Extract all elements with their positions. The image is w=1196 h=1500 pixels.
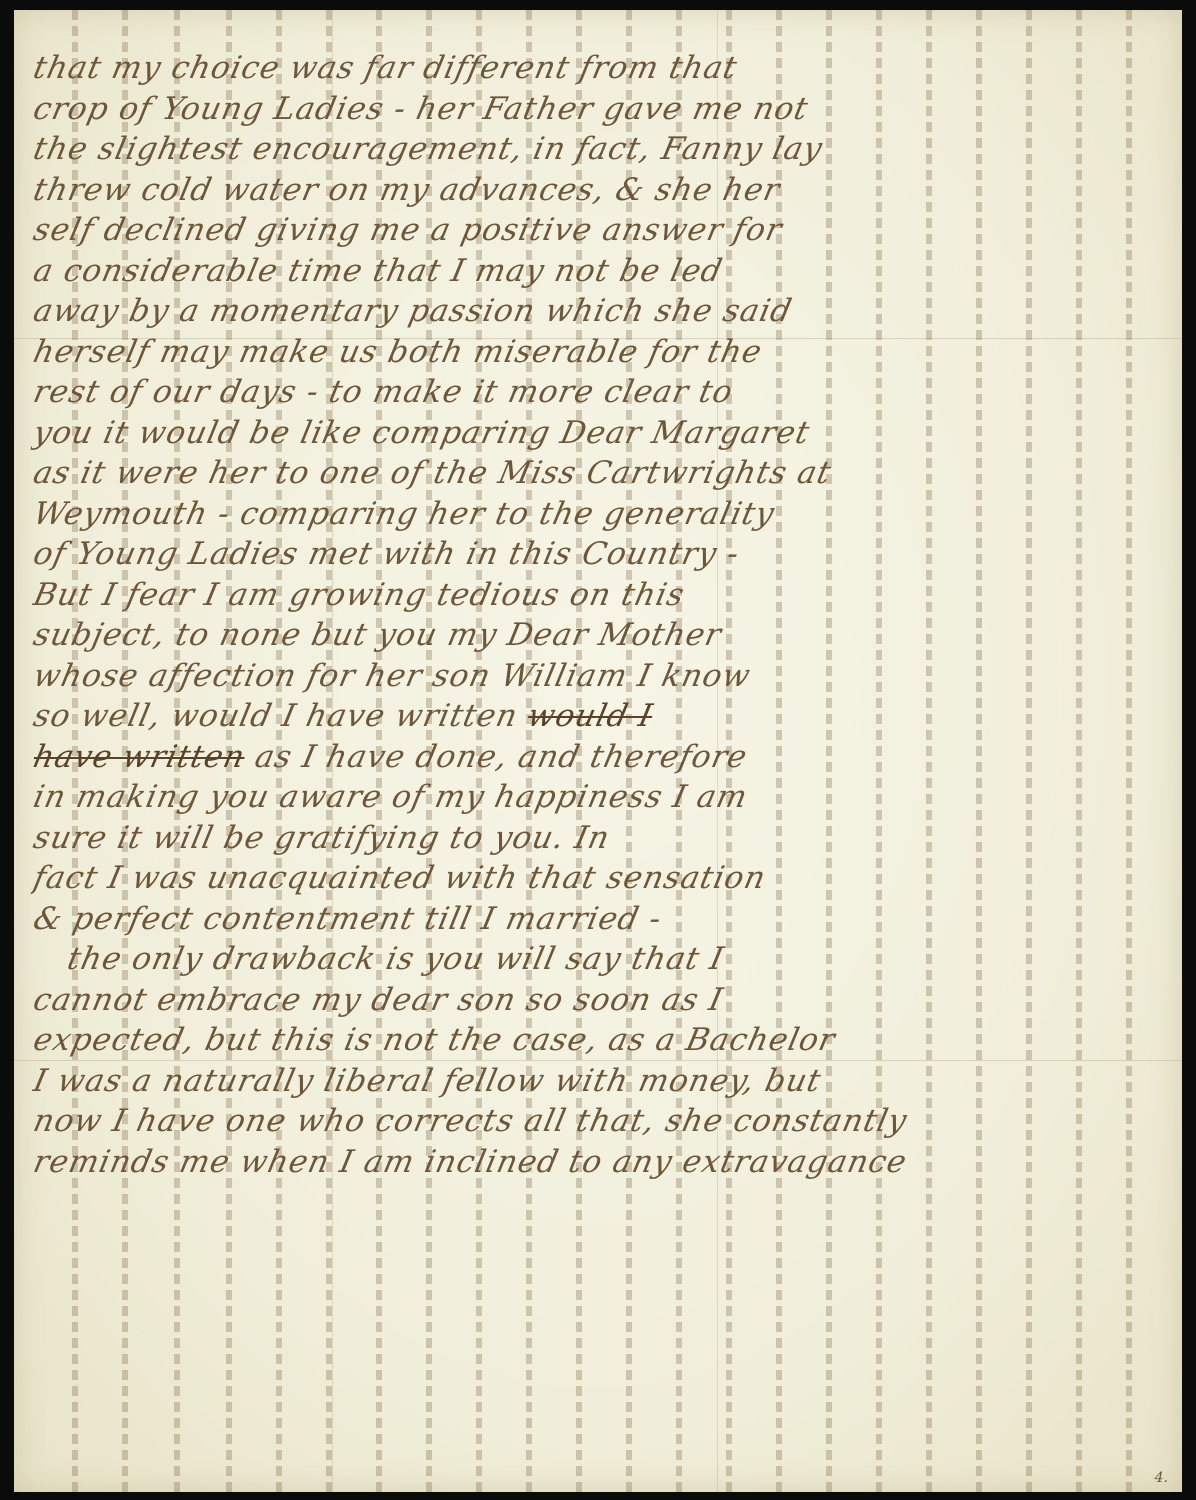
letter-line: But I fear I am growing tedious on this [30, 575, 1167, 616]
letter-line: you it would be like comparing Dear Marg… [30, 413, 1167, 454]
letter-line: I was a naturally liberal fellow with mo… [30, 1061, 1167, 1102]
letter-line: sure it will be gratifying to you. In [30, 818, 1167, 859]
letter-line: expected, but this is not the case, as a… [30, 1020, 1167, 1061]
letter-line: the only drawback is you will say that I [30, 939, 1167, 980]
letter-text: so well, would I have written [30, 698, 521, 734]
letter-line: crop of Young Ladies - her Father gave m… [30, 89, 1167, 130]
letter-line: reminds me when I am inclined to any ext… [30, 1142, 1167, 1183]
letter-line: away by a momentary passion which she sa… [30, 291, 1167, 332]
letter-line: that my choice was far different from th… [30, 48, 1167, 89]
letter-line: self declined giving me a positive answe… [30, 210, 1167, 251]
letter-line: Weymouth - comparing her to the generali… [30, 494, 1167, 535]
letter-line: have written as I have done, and therefo… [30, 737, 1167, 778]
letter-line: threw cold water on my advances, & she h… [30, 170, 1167, 211]
letter-line: now I have one who corrects all that, sh… [30, 1101, 1167, 1142]
letter-text: as I have done, and therefore [252, 739, 751, 775]
letter-line: so well, would I have written would I [30, 696, 1167, 737]
letter-line: herself may make us both miserable for t… [30, 332, 1167, 373]
letter-line: cannot embrace my dear son so soon as I [30, 980, 1167, 1021]
letter-body: that my choice was far different from th… [34, 48, 1162, 1182]
letter-line: & perfect contentment till I married - [30, 899, 1167, 940]
letter-line: as it were her to one of the Miss Cartwr… [30, 453, 1167, 494]
letter-line: a considerable time that I may not be le… [30, 251, 1167, 292]
letter-page: that my choice was far different from th… [14, 10, 1182, 1492]
letter-line: rest of our days - to make it more clear… [30, 372, 1167, 413]
letter-line: subject, to none but you my Dear Mother [30, 615, 1167, 656]
letter-line: whose affection for her son William I kn… [30, 656, 1167, 697]
letter-line: of Young Ladies met with in this Country… [30, 534, 1167, 575]
struck-text: would I [524, 698, 656, 734]
struck-text: have written [30, 739, 248, 775]
letter-line: in making you aware of my happiness I am [30, 777, 1167, 818]
page-mark: 4. [1155, 1470, 1168, 1486]
letter-line: fact I was unacquainted with that sensat… [30, 858, 1167, 899]
letter-line: the slightest encouragement, in fact, Fa… [30, 129, 1167, 170]
